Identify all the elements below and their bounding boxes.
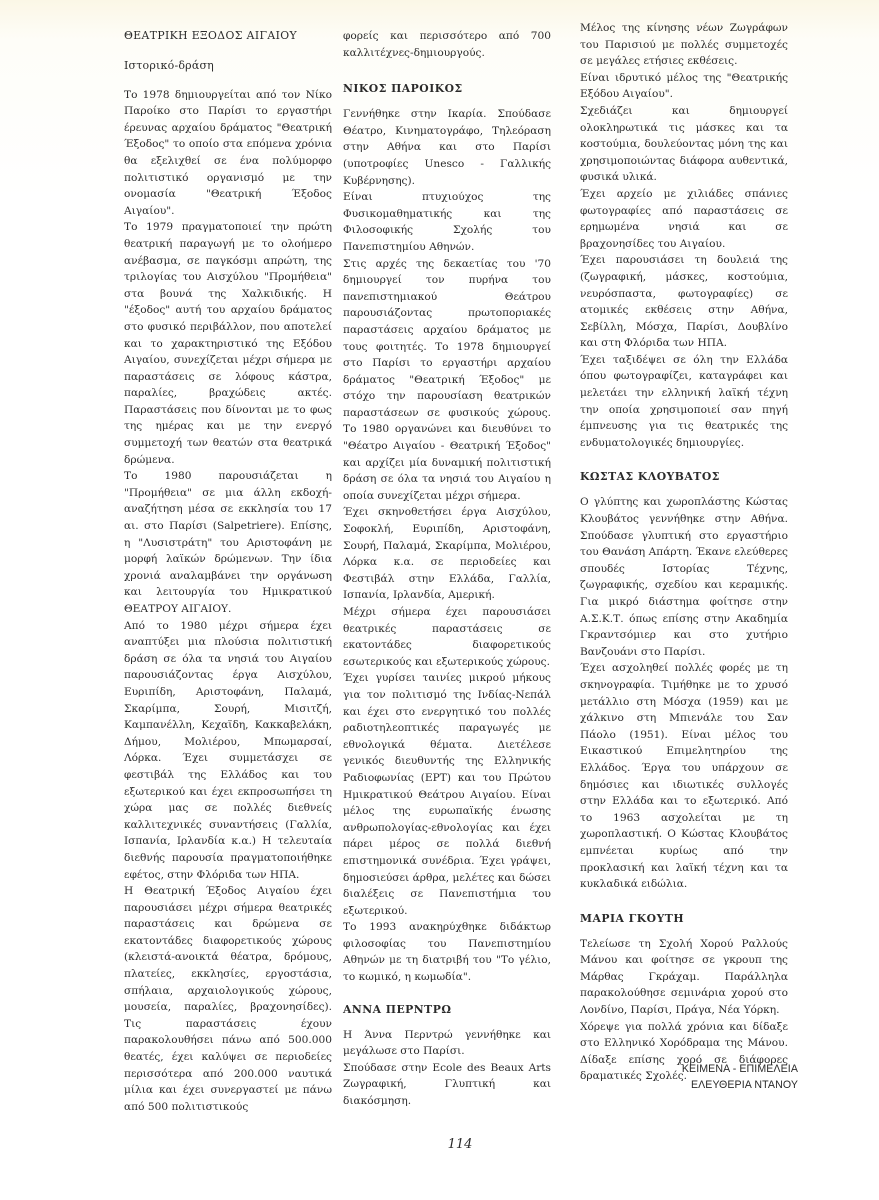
bio-heading-anna-perntro: ΑΝΝΑ ΠΕΡΝΤΡΩ [343,1002,551,1018]
continuation-paragraph: φορείς και περισσότερο από 700 καλλιτέχν… [343,28,551,61]
paragraph: Το 1980 παρουσιάζεται η "Προμήθεια" σε μ… [124,468,332,617]
paragraph: Μέχρι σήμερα έχει παρουσιάσει θεατρικές … [343,604,551,670]
document-page: ΘΕΑΤΡΙΚΗ ΕΞΟΔΟΣ ΑΙΓΑΙΟΥ Ιστορικό-δράση Τ… [0,0,879,1200]
paragraph: Σχεδιάζει και δημιουργεί ολοκληρωτικά τι… [580,103,788,186]
page-number: 114 [440,1137,480,1152]
paragraph: Έχει ασχοληθεί πολλές φορές με τη σκηνογ… [580,660,788,892]
page-title: ΘΕΑΤΡΙΚΗ ΕΞΟΔΟΣ ΑΙΓΑΙΟΥ [124,28,332,44]
paragraph: Ο γλύπτης και χωροπλάστης Κώστας Κλουβάτ… [580,494,788,660]
paragraph: Το 1993 ανακηρύχθηκε διδάκτωρ φιλοσοφίας… [343,919,551,985]
paragraph: Έχει παρουσιάσει τη δουλειά της (ζωγραφι… [580,252,788,352]
column-2: φορείς και περισσότερο από 700 καλλιτέχν… [343,28,551,1110]
bio-heading-kostas-klouvatos: ΚΩΣΤΑΣ ΚΛΟΥΒΑΤΟΣ [580,469,788,485]
paragraph: Γεννήθηκε στην Ικαρία. Σπούδασε Θέατρο, … [343,106,551,189]
paragraph: Το 1979 πραγματοποιεί την πρώτη θεατρική… [124,219,332,468]
credits: ΚΕΙΜΕΝΑ - ΕΠΙΜΕΛΕΙΑ ΕΛΕΥΘΕΡΙΑ ΝΤΑΝΟΥ [600,1061,798,1093]
credits-author: ΕΛΕΥΘΕΡΙΑ ΝΤΑΝΟΥ [600,1077,798,1093]
paragraph: Η Θεατρική Έξοδος Αιγαίου έχει παρουσιάσ… [124,883,332,1115]
paragraph: Το 1978 δημιουργείται από τον Νίκο Παροί… [124,87,332,220]
paragraph: Είναι πτυχιούχος της Φυσικομαθηματικής κ… [343,189,551,255]
column-1: ΘΕΑΤΡΙΚΗ ΕΞΟΔΟΣ ΑΙΓΑΙΟΥ Ιστορικό-δράση Τ… [124,28,332,1115]
paragraph: Έχει ταξιδέψει σε όλη την Ελλάδα όπου φω… [580,352,788,452]
bio-heading-maria-gkouti: ΜΑΡΙΑ ΓΚΟΥΤΗ [580,911,788,927]
paragraph: Σπούδασε στην Ecole des Beaux Arts Ζωγρα… [343,1060,551,1110]
paragraph: Έχει αρχείο με χιλιάδες σπάνιες φωτογραφ… [580,186,788,252]
paragraph: Μέλος της κίνησης νέων Ζωγράφων του Παρι… [580,20,788,70]
column-3: Μέλος της κίνησης νέων Ζωγράφων του Παρι… [580,20,788,1085]
paragraph: Στις αρχές της δεκαετίας του '70 δημιουρ… [343,256,551,505]
paragraph: Έχει σκηνοθετήσει έργα Αισχύλου, Σοφοκλή… [343,504,551,604]
credits-role: ΚΕΙΜΕΝΑ - ΕΠΙΜΕΛΕΙΑ [600,1061,798,1077]
paragraph: Τελείωσε τη Σχολή Χορού Ραλλούς Μάνου κα… [580,936,788,1019]
paragraph: Έχει γυρίσει ταινίες μικρού μήκους για τ… [343,670,551,919]
paragraph: Είναι ιδρυτικό μέλος της "Θεατρικής Εξόδ… [580,70,788,103]
bio-heading-nikos-paroikos: ΝΙΚΟΣ ΠΑΡΟΙΚΟΣ [343,81,551,97]
section-subtitle: Ιστορικό-δράση [124,58,332,75]
paragraph: Η Άννα Περντρώ γεννήθηκε και μεγάλωσε στ… [343,1027,551,1060]
paragraph: Από το 1980 μέχρι σήμερα έχει αναπτύξει … [124,618,332,884]
